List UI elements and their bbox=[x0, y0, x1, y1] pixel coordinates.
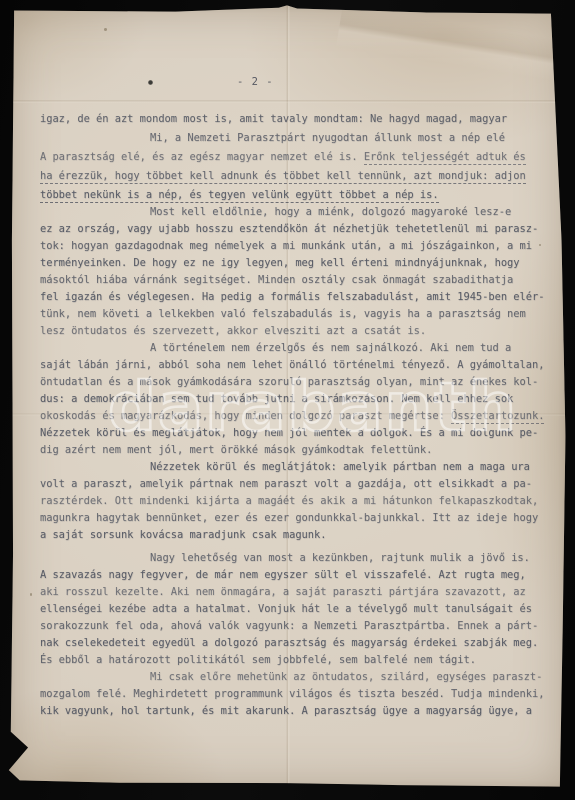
text-line: volt a paraszt, amelyik pártnak nem para… bbox=[40, 476, 548, 493]
text-segment: lesz öntudatos és szervezett, akkor elve… bbox=[40, 325, 426, 337]
text-line: Nézzetek körül és meglátjátok, hogy nem … bbox=[40, 425, 548, 442]
typewritten-page: • - 2 - igaz, de én azt mondom most is, … bbox=[8, 5, 566, 789]
underlined-text-segment: Összetartozunk. bbox=[451, 410, 544, 424]
text-segment: igaz, de én azt mondom most is, amit tav… bbox=[40, 113, 507, 125]
underlined-text-segment: többet nekünk is a nép, és tegyen velünk… bbox=[40, 189, 439, 203]
text-line: öntudatlan és a mások gyámkodására szoru… bbox=[40, 374, 548, 391]
text-line: saját lábán járni, abból soha nem lehet … bbox=[40, 357, 548, 374]
text-segment: aki rosszul kezelte. Aki nem önmagára, a… bbox=[40, 586, 526, 598]
page-number: - 2 - bbox=[237, 76, 274, 88]
text-segment: dus: a demokráciában sem tud tovább jutn… bbox=[40, 393, 513, 405]
text-line: És ebből a határozott politikától sem jo… bbox=[40, 652, 548, 669]
ink-dot-mark: • bbox=[148, 80, 153, 85]
text-segment: tünk, nem követi a lelkekben való felsza… bbox=[40, 308, 526, 320]
text-segment: ez az ország, vagy ujabb hosszu esztendő… bbox=[40, 223, 538, 235]
text-segment: fel igazán és véglegesen. Ha pedig a for… bbox=[40, 291, 544, 303]
text-segment: okoskodás és magyarázkodás, hogy minden … bbox=[40, 410, 451, 422]
page-header: • - 2 - bbox=[8, 76, 566, 92]
text-line: A parasztság elé, és az egész magyar nem… bbox=[40, 149, 548, 166]
text-line: nak cselekedeteit egyedül a dolgozó para… bbox=[40, 635, 548, 652]
text-segment: Nézzetek körül és meglátjátok, hogy nem … bbox=[40, 427, 538, 439]
underlined-text-segment: Erőnk teljességét adtuk és bbox=[364, 151, 526, 165]
text-line: tünk, nem követi a lelkekben való felsza… bbox=[40, 306, 548, 323]
text-segment: tok: hogyan gazdagodnak meg némelyek a m… bbox=[40, 240, 532, 252]
text-line: Nagy lehetőség van most a kezünkben, raj… bbox=[40, 550, 548, 567]
text-line: mozgalom felé. Meghirdetett programmunk … bbox=[40, 686, 548, 703]
text-line: sorakozzunk fel oda, ahová valók vagyunk… bbox=[40, 618, 548, 635]
text-line: fel igazán és véglegesen. Ha pedig a for… bbox=[40, 289, 548, 306]
text-segment: A parasztság elé, és az egész magyar nem… bbox=[40, 151, 364, 163]
text-segment: mozgalom felé. Meghirdetett programmunk … bbox=[40, 688, 544, 700]
text-segment: A szavazás nagy fegyver, de már nem egys… bbox=[40, 569, 526, 581]
text-line: A történelem nem érzelgős és nem sajnálk… bbox=[40, 340, 548, 357]
text-segment: a saját sorsunk kovácsa maradjunk csak m… bbox=[40, 529, 326, 541]
text-line: Nézzetek körül és meglátjátok: amelyik p… bbox=[40, 459, 548, 476]
text-segment: saját lábán járni, abból soha nem lehet … bbox=[40, 359, 544, 371]
text-line: A szavazás nagy fegyver, de már nem egys… bbox=[40, 567, 548, 584]
text-line: igaz, de én azt mondom most is, amit tav… bbox=[40, 111, 548, 128]
text-line: Mi csak előre mehetünk az öntudatos, szi… bbox=[40, 669, 548, 686]
text-line: ellenségei kezébe adta a hatalmat. Vonju… bbox=[40, 601, 548, 618]
text-segment: volt a paraszt, amelyik pártnak nem para… bbox=[40, 478, 532, 490]
diagonal-wrinkle bbox=[336, 5, 570, 82]
text-segment: Most kell eldőlnie, hogy a miénk, dolgoz… bbox=[150, 206, 511, 218]
text-line: terményeinken. De hogy ez ne igy legyen,… bbox=[40, 255, 548, 272]
text-segment: Nagy lehetőség van most a kezünkben, raj… bbox=[150, 552, 530, 564]
text-line: Mi, a Nemzeti Parasztpárt nyugodtan állu… bbox=[40, 130, 548, 147]
text-line: lesz öntudatos és szervezett, akkor elve… bbox=[40, 323, 548, 340]
horizontal-fold-crease-top bbox=[8, 100, 566, 103]
text-line: ha érezzük, hogy többet kell adnunk és t… bbox=[40, 168, 548, 185]
underlined-text-segment: ha érezzük, hogy többet kell adnunk és t… bbox=[40, 170, 526, 184]
text-segment: öntudatlan és a mások gyámkodására szoru… bbox=[40, 376, 538, 388]
paper-speck bbox=[30, 593, 32, 596]
text-segment: rasztérdek. Ott mindenki kijárta a magáé… bbox=[40, 495, 538, 507]
text-segment: magunkra hagytak bennünket, ezer és ezer… bbox=[40, 512, 538, 524]
text-segment: terményeinken. De hogy ez ne igy legyen,… bbox=[40, 257, 520, 269]
text-line: dus: a demokráciában sem tud tovább jutn… bbox=[40, 391, 548, 408]
text-segment: dig azért nem ment jól, mert örökké máso… bbox=[40, 444, 432, 456]
scanned-document-photo: • - 2 - igaz, de én azt mondom most is, … bbox=[0, 0, 575, 800]
text-line: többet nekünk is a nép, és tegyen velünk… bbox=[40, 187, 548, 204]
text-segment: nak cselekedeteit egyedül a dolgozó para… bbox=[40, 637, 538, 649]
text-segment: sorakozzunk fel oda, ahová valók vagyunk… bbox=[40, 620, 538, 632]
typewritten-text: igaz, de én azt mondom most is, amit tav… bbox=[40, 111, 548, 720]
text-line: tok: hogyan gazdagodnak meg némelyek a m… bbox=[40, 238, 548, 255]
text-segment: kik vagyunk, hol tartunk, és mit akarunk… bbox=[40, 705, 532, 717]
paper-speck bbox=[104, 28, 107, 31]
text-segment: A történelem nem érzelgős és nem sajnálk… bbox=[150, 342, 511, 354]
text-segment: Nézzetek körül és meglátjátok: amelyik p… bbox=[150, 461, 530, 473]
text-line: kik vagyunk, hol tartunk, és mit akarunk… bbox=[40, 703, 548, 720]
text-segment: Mi csak előre mehetünk az öntudatos, szi… bbox=[150, 671, 542, 683]
text-line: rasztérdek. Ott mindenki kijárta a magáé… bbox=[40, 493, 548, 510]
text-line: Most kell eldőlnie, hogy a miénk, dolgoz… bbox=[40, 204, 548, 221]
text-line: ez az ország, vagy ujabb hosszu esztendő… bbox=[40, 221, 548, 238]
text-segment: másoktól hiába várnánk segitséget. Minde… bbox=[40, 274, 513, 286]
text-line: a saját sorsunk kovácsa maradjunk csak m… bbox=[40, 527, 548, 544]
text-segment: ellenségei kezébe adta a hatalmat. Vonju… bbox=[40, 603, 532, 615]
text-line: magunkra hagytak bennünket, ezer és ezer… bbox=[40, 510, 548, 527]
text-line: okoskodás és magyarázkodás, hogy minden … bbox=[40, 408, 548, 425]
text-line: másoktól hiába várnánk segitséget. Minde… bbox=[40, 272, 548, 289]
text-line: dig azért nem ment jól, mert örökké máso… bbox=[40, 442, 548, 459]
text-line: aki rosszul kezelte. Aki nem önmagára, a… bbox=[40, 584, 548, 601]
text-segment: Mi, a Nemzeti Parasztpárt nyugodtan állu… bbox=[150, 132, 505, 144]
text-segment: És ebből a határozott politikától sem jo… bbox=[40, 654, 476, 666]
